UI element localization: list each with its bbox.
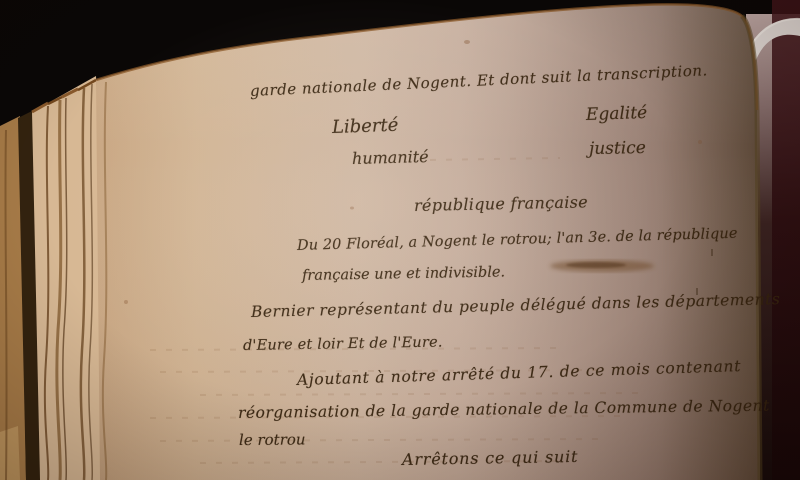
manuscript-line-republique: république française [414, 192, 588, 215]
manuscript-photo: garde nationale de Nogent. Et dont suit … [0, 0, 800, 480]
manuscript-line-humanite: humanité [352, 147, 429, 168]
manuscript-line-rotrou: le rotrou [239, 430, 306, 449]
manuscript-line-egalite: Egalité [586, 103, 648, 125]
manuscript-line-justice: justice [589, 138, 646, 159]
manuscript-line-arretons: Arrêtons ce qui suit [402, 447, 579, 469]
manuscript-line-liberte: Liberté [332, 115, 399, 138]
